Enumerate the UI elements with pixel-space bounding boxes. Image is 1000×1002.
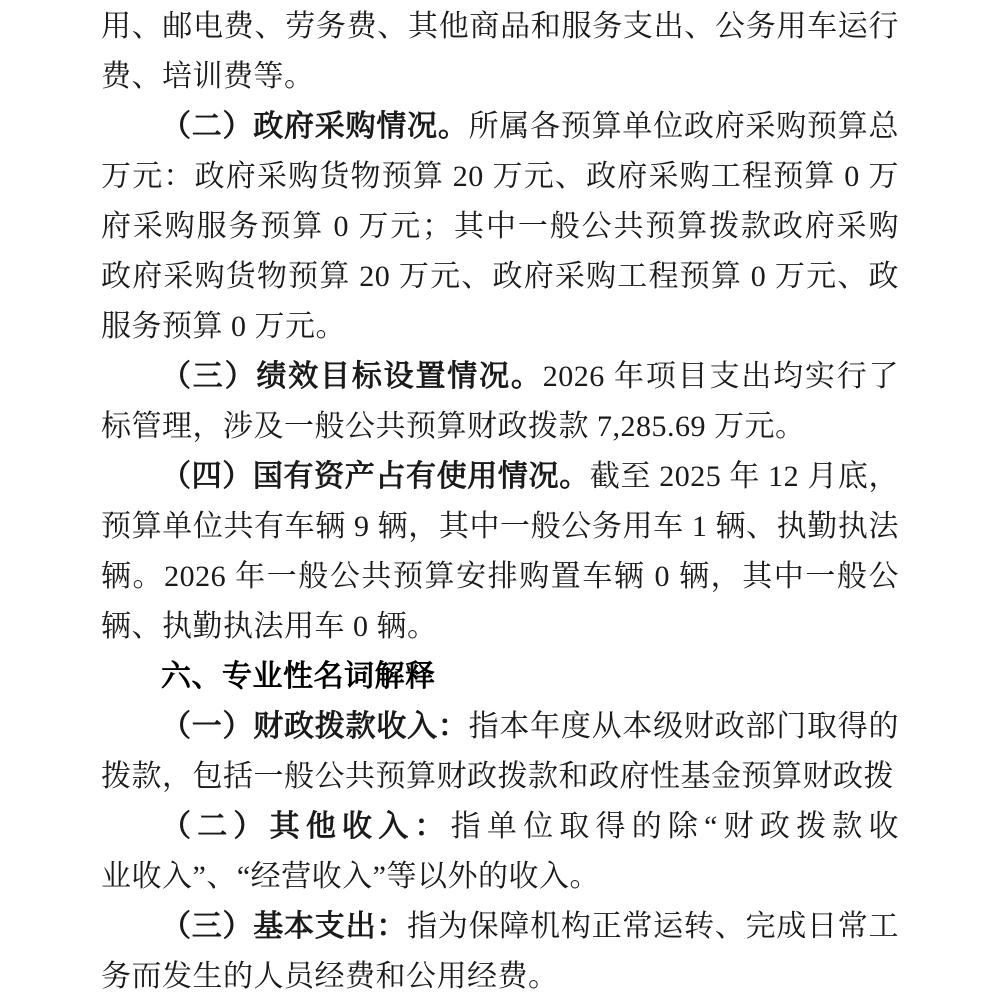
line-text: 服务预算 0 万元。 [101, 310, 346, 343]
line-text: 业收入”、“经营收入”等以外的收入。 [101, 860, 600, 893]
text-line: 拨款，包括一般公共预算财政拨款和政府性基金预算财政拨款。 [101, 752, 899, 802]
text-line: 万元：政府采购货物预算 20 万元、政府采购工程预算 0 万元、政 [101, 152, 899, 202]
text-line: （一）财政拨款收入：指本年度从本级财政部门取得的财政 [101, 702, 899, 752]
line-bold-text: （二）其他收入： [161, 810, 451, 843]
line-text: 预算单位共有车辆 9 辆，其中一般公务用车 1 辆、执勤执法用车 8 [101, 510, 899, 552]
text-line: 预算单位共有车辆 9 辆，其中一般公务用车 1 辆、执勤执法用车 8 [101, 502, 899, 552]
line-text: 万元：政府采购货物预算 20 万元、政府采购工程预算 0 万元、政 [101, 160, 899, 202]
line-text: 拨款，包括一般公共预算财政拨款和政府性基金预算财政拨款。 [101, 760, 894, 802]
line-text: 辆、执勤执法用车 0 辆。 [101, 610, 438, 643]
line-text: 用、邮电费、劳务费、其他商品和服务支出、公务用车运行维护 [101, 10, 899, 52]
text-line: 标管理，涉及一般公共预算财政拨款 7,285.69 万元。 [101, 402, 899, 452]
text-line: （二）政府采购情况。所属各预算单位政府采购预算总额 20 [101, 102, 899, 152]
line-bold-text: （四）国有资产占有使用情况。 [161, 460, 590, 493]
line-bold-text: （二）政府采购情况。 [161, 110, 469, 143]
text-line: （三）基本支出：指为保障机构正常运转、完成日常工作任 [101, 902, 899, 952]
line-text: 辆。2026 年一般公共预算安排购置车辆 0 辆，其中一般公务用车 0 [101, 560, 899, 602]
line-text: 府采购服务预算 0 万元；其中一般公共预算拨款政府采购 20 万元： [101, 210, 899, 252]
line-bold-text: 六、专业性名词解释 [161, 660, 436, 693]
line-bold-text: （三）基本支出： [161, 910, 407, 943]
text-line: 业收入”、“经营收入”等以外的收入。 [101, 852, 899, 902]
text-line: （三）绩效目标设置情况。2026 年项目支出均实行了绩效目 [101, 352, 899, 402]
text-line: 辆。2026 年一般公共预算安排购置车辆 0 辆，其中一般公务用车 0 [101, 552, 899, 602]
line-text: 务而发生的人员经费和公用经费。 [101, 960, 559, 993]
line-text: 费、培训费等。 [101, 60, 315, 93]
line-text: 政府采购货物预算 20 万元、政府采购工程预算 0 万元、政府采购 [101, 260, 899, 302]
line-bold-text: （一）财政拨款收入： [161, 710, 469, 743]
text-line: 六、专业性名词解释 [101, 652, 899, 702]
text-line: 务而发生的人员经费和公用经费。 [101, 952, 899, 1002]
document-page: 用、邮电费、劳务费、其他商品和服务支出、公务用车运行维护费、培训费等。（二）政府… [0, 0, 1000, 1002]
document-body: 用、邮电费、劳务费、其他商品和服务支出、公务用车运行维护费、培训费等。（二）政府… [101, 2, 899, 1002]
text-line: 用、邮电费、劳务费、其他商品和服务支出、公务用车运行维护 [101, 2, 899, 52]
line-text: 标管理，涉及一般公共预算财政拨款 7,285.69 万元。 [101, 410, 806, 443]
text-line: 政府采购货物预算 20 万元、政府采购工程预算 0 万元、政府采购 [101, 252, 899, 302]
line-bold-text: （三）绩效目标设置情况。 [161, 360, 543, 393]
text-line: （二）其他收入：指单位取得的除“财政拨款收入”、“事 [101, 802, 899, 852]
text-line: 府采购服务预算 0 万元；其中一般公共预算拨款政府采购 20 万元： [101, 202, 899, 252]
text-line: 辆、执勤执法用车 0 辆。 [101, 602, 899, 652]
text-line: 费、培训费等。 [101, 52, 899, 102]
text-line: （四）国有资产占有使用情况。截至 2025 年 12 月底，所属各 [101, 452, 899, 502]
text-line: 服务预算 0 万元。 [101, 302, 899, 352]
